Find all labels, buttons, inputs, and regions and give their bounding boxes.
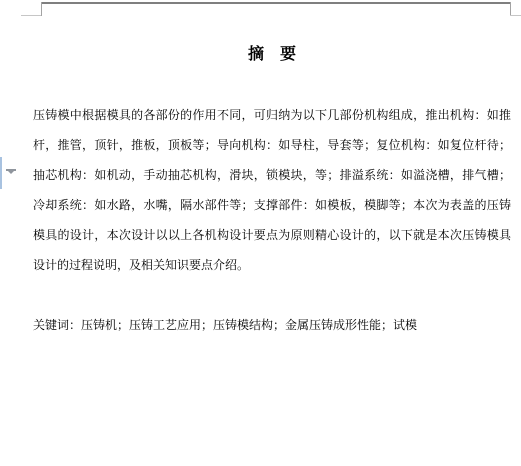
page-corner-mark-left	[21, 15, 41, 16]
keywords-line[interactable]: 关键词：压铸机；压铸工艺应用；压铸模结构；金属压铸成形性能；试模	[33, 310, 511, 340]
document-page: 摘 要 压铸模中根据模具的各部份的作用不同，可归纳为以下几部份机构组成，推出机构…	[0, 0, 521, 466]
body-line: 杆，推管，顶针，推板，顶板等；导向机构：如导柱，导套等；复位机构：如复位杆待；	[33, 130, 511, 160]
left-edge-sliver	[0, 157, 2, 189]
body-line: 设计的过程说明，及相关知识要点介绍。	[33, 250, 511, 280]
scroll-anchor-icon	[6, 169, 17, 175]
page-corner-mark-right	[510, 15, 521, 16]
body-line: 冷却系统：如水路，水嘴，隔水部件等；支撑部件：如模板，模脚等；本次为表盖的压铸	[33, 190, 511, 220]
body-line: 压铸模中根据模具的各部份的作用不同，可归纳为以下几部份机构组成，推出机构：如推	[33, 100, 511, 130]
scroll-anchor-triangle-icon	[8, 171, 14, 174]
page-boundary-left-tick	[41, 2, 42, 16]
page-boundary-right-tick	[510, 2, 511, 16]
page-boundary-top-line	[42, 2, 510, 4]
body-line: 模具的设计，本次设计以以上各机构设计要点为原则精心设计的，以下就是本次压铸模具	[33, 220, 511, 250]
abstract-body-text[interactable]: 压铸模中根据模具的各部份的作用不同，可归纳为以下几部份机构组成，推出机构：如推 …	[33, 100, 511, 280]
abstract-title: 摘 要	[33, 40, 511, 70]
body-line: 抽芯机构：如机动，手动抽芯机构，滑块，锁模块，等；排溢系统：如溢浇槽，排气槽；	[33, 160, 511, 190]
